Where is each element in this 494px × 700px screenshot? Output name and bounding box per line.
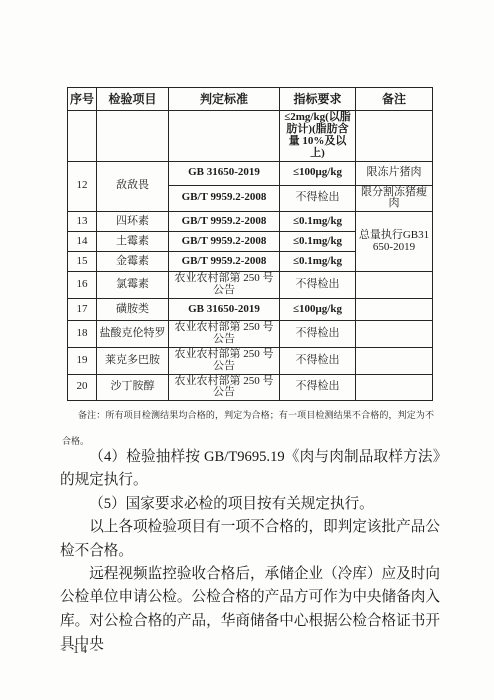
cell-seq-no: 14 (68, 232, 97, 252)
cell-item: 盐酸克伦特罗 (97, 321, 169, 348)
cell-requirement: 不得检出 (280, 272, 356, 299)
body-text: （4）检验抽样按 GB/T9695.19《肉与肉制品取样方法》的规定执行。 （5… (60, 446, 440, 657)
header-indicator-requirement: 指标要求 (280, 88, 356, 111)
cell-requirement: ≤0.1mg/kg (280, 252, 356, 272)
cell-seq-no: 15 (68, 252, 97, 272)
cell-standard: 农业农村部第 250 号公告 (169, 374, 280, 401)
cell-item: 氯霉素 (97, 272, 169, 299)
cell-standard (169, 111, 280, 162)
cell-standard: GB 31650-2019 (169, 299, 280, 321)
table-header-row: 序号 检验项目 判定标准 指标要求 备注 (68, 88, 433, 111)
cell-note (356, 374, 433, 401)
cell-standard: GB/T 9959.2-2008 (169, 212, 280, 232)
paragraph-4: （4）检验抽样按 GB/T9695.19《肉与肉制品取样方法》的规定执行。 (60, 446, 440, 493)
cell-requirement: 不得检出 (280, 185, 356, 212)
cell-item: 四环素 (97, 212, 169, 232)
cell-standard: GB/T 9959.2-2008 (169, 232, 280, 252)
cell-note: 限冻片猪肉 (356, 161, 433, 185)
cell-item: 土霉素 (97, 232, 169, 252)
table-row-19: 19 莱克多巴胺 农业农村部第 250 号公告 不得检出 (68, 347, 433, 374)
cell-requirement: 不得检出 (280, 374, 356, 401)
table-row-20: 20 沙丁胺醇 农业农村部第 250 号公告 不得检出 (68, 374, 433, 401)
cell-requirement: ≤0.1mg/kg (280, 232, 356, 252)
cell-standard: 农业农村部第 250 号公告 (169, 321, 280, 348)
cell-seq-no: 12 (68, 161, 97, 212)
cell-seq-no: 18 (68, 321, 97, 348)
cell-requirement: ≤100μg/kg (280, 299, 356, 321)
table-row-16: 16 氯霉素 农业农村部第 250 号公告 不得检出 (68, 272, 433, 299)
cell-requirement: 不得检出 (280, 321, 356, 348)
page-number: - 14 - (62, 642, 100, 657)
header-inspection-item: 检验项目 (97, 88, 169, 111)
cell-note (356, 111, 433, 162)
cell-standard: GB 31650-2019 (169, 161, 280, 185)
header-judgment-standard: 判定标准 (169, 88, 280, 111)
cell-note-merged: 总量执行GB31650-2019 (356, 212, 433, 272)
cell-item: 莱克多巴胺 (97, 347, 169, 374)
cell-standard: GB/T 9959.2-2008 (169, 185, 280, 212)
cell-seq-no: 17 (68, 299, 97, 321)
cell-seq-no: 16 (68, 272, 97, 299)
cell-seq-no (68, 111, 97, 162)
header-seq-no: 序号 (68, 88, 97, 111)
cell-item: 敌敌畏 (97, 161, 169, 212)
table-row-17: 17 磺胺类 GB 31650-2019 ≤100μg/kg (68, 299, 433, 321)
cell-item: 磺胺类 (97, 299, 169, 321)
cell-item: 金霉素 (97, 252, 169, 272)
paragraph-judgment: 以上各项检验项目有一项不合格的，即判定该批产品公检不合格。 (60, 516, 440, 563)
inspection-items-table: 序号 检验项目 判定标准 指标要求 备注 ≤2mg/kg(以脂肪计)(脂肪含量 … (67, 87, 432, 401)
cell-note (356, 321, 433, 348)
table-row-18: 18 盐酸克伦特罗 农业农村部第 250 号公告 不得检出 (68, 321, 433, 348)
table-row-12a: 12 敌敌畏 GB 31650-2019 ≤100μg/kg 限冻片猪肉 (68, 161, 433, 185)
paragraph-5: （5）国家要求必检的项目按有关规定执行。 (60, 493, 440, 516)
cell-requirement: ≤0.1mg/kg (280, 212, 356, 232)
cell-item (97, 111, 169, 162)
cell-requirement: ≤2mg/kg(以脂肪计)(脂肪含量 10%及以上) (280, 111, 356, 162)
cell-seq-no: 20 (68, 374, 97, 401)
scanned-document-page: 序号 检验项目 判定标准 指标要求 备注 ≤2mg/kg(以脂肪计)(脂肪含量 … (0, 0, 494, 700)
cell-standard: GB/T 9959.2-2008 (169, 252, 280, 272)
cell-requirement: 不得检出 (280, 347, 356, 374)
cell-note: 限分割冻猪瘦肉 (356, 185, 433, 212)
cell-note (356, 272, 433, 299)
cell-seq-no: 13 (68, 212, 97, 232)
cell-standard: 农业农村部第 250 号公告 (169, 272, 280, 299)
paragraph-remote-inspection: 远程视频监控验收合格后，承储企业（冷库）应及时向公检单位申请公检。公检合格的产品… (60, 563, 440, 657)
cell-requirement: ≤100μg/kg (280, 161, 356, 185)
cell-note (356, 299, 433, 321)
cell-item: 沙丁胺醇 (97, 374, 169, 401)
cell-standard: 农业农村部第 250 号公告 (169, 347, 280, 374)
header-remark: 备注 (356, 88, 433, 111)
table-row-13: 13 四环素 GB/T 9959.2-2008 ≤0.1mg/kg 总量执行GB… (68, 212, 433, 232)
cell-seq-no: 19 (68, 347, 97, 374)
cell-note (356, 347, 433, 374)
table-row-carryover: ≤2mg/kg(以脂肪计)(脂肪含量 10%及以上) (68, 111, 433, 162)
